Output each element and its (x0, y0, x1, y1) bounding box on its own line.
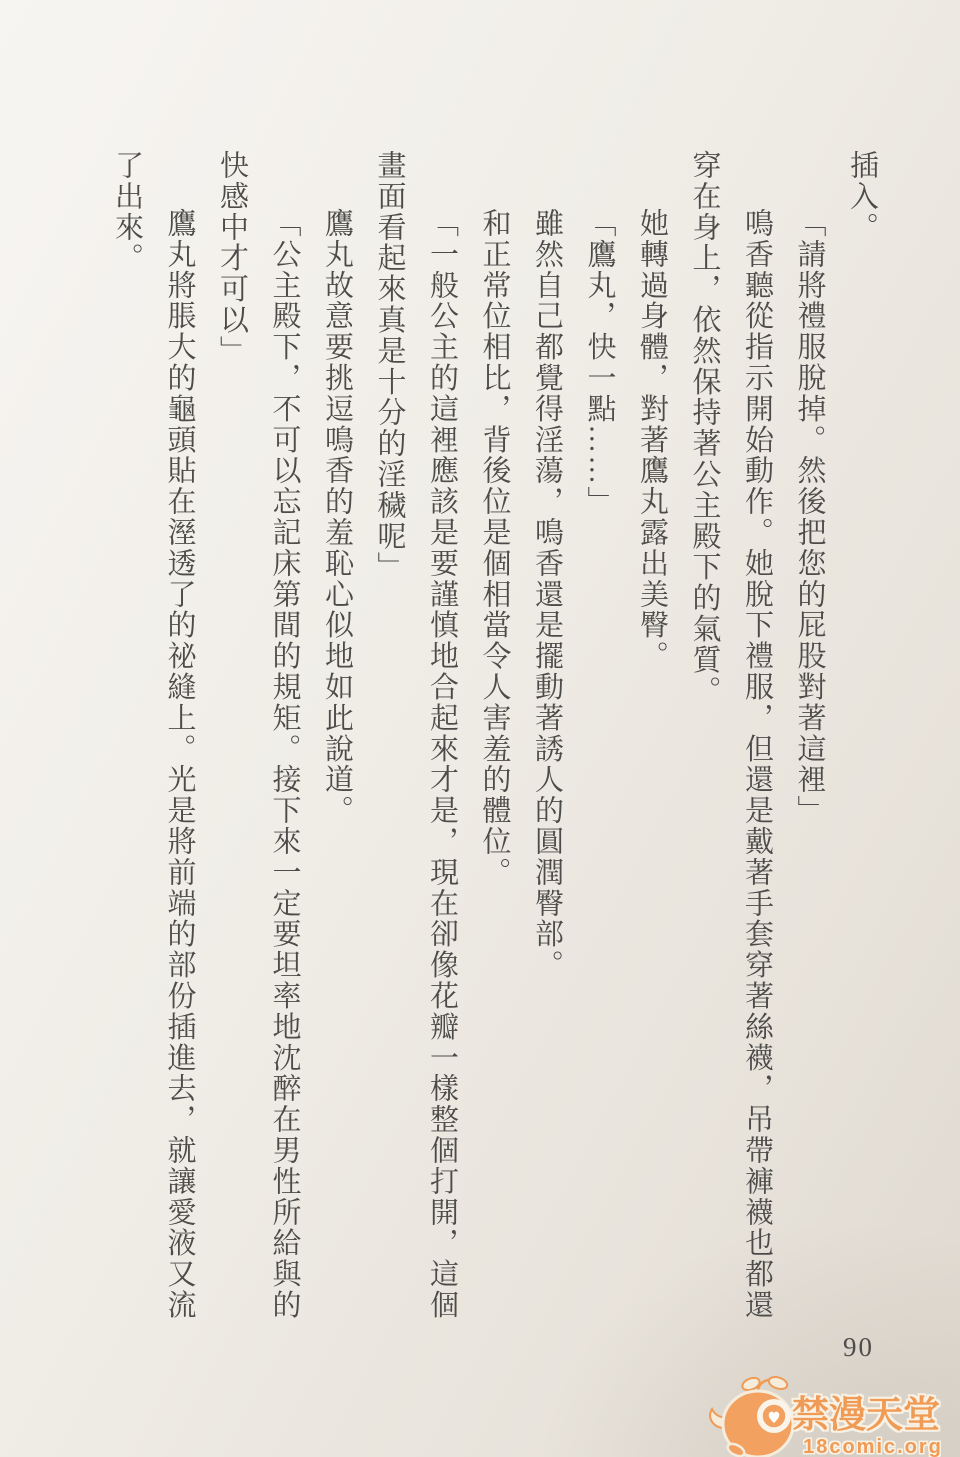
paragraph: 「一般公主的這裡應該是要謹慎地合起來才是，現在卻像花瓣一樣整個打開，這個畫面看起… (363, 150, 468, 1330)
paragraph: 「公主殿下，不可以忘記床第間的規矩。接下來一定要坦率地沈醉在男性所給與的快感中才… (206, 150, 311, 1330)
paragraph: 雖然自己都覺得淫蕩，鳴香還是擺動著誘人的圓潤臀部。 (521, 150, 574, 1330)
paragraph: 和正常位相比，背後位是個相當令人害羞的體位。 (468, 150, 521, 1330)
paragraph: 鳴香聽從指示開始動作。她脫下禮服，但還是戴著手套穿著絲襪，吊帶褲襪也都還穿在身上… (678, 150, 783, 1330)
whale-mascot-icon (706, 1376, 800, 1457)
paragraph: 插入。 (836, 150, 889, 1330)
book-page: 插入。「請將禮服脫掉。然後把您的屁股對著這裡」鳴香聽從指示開始動作。她脫下禮服，… (0, 0, 960, 1457)
watermark-site-name: 禁漫天堂 (792, 1396, 954, 1435)
paragraph: 鷹丸故意要挑逗鳴香的羞恥心似地如此說道。 (311, 150, 364, 1330)
paragraph: 「鷹丸，快一點……」 (573, 150, 626, 1330)
paragraph: 她轉過身體，對著鷹丸露出美臀。 (626, 150, 679, 1330)
paragraph: 鷹丸將脹大的龜頭貼在溼透了的祕縫上。光是將前端的部份插進去，就讓愛液又流了出來。 (101, 150, 206, 1330)
watermark-text: 禁漫天堂 18comic.org (792, 1396, 954, 1457)
watermark: 禁漫天堂 18comic.org (706, 1376, 960, 1457)
page-text: 插入。「請將禮服脫掉。然後把您的屁股對著這裡」鳴香聽從指示開始動作。她脫下禮服，… (101, 150, 889, 1330)
paragraph: 「請將禮服脫掉。然後把您的屁股對著這裡」 (783, 150, 836, 1330)
page-number: 90 (843, 1332, 874, 1363)
watermark-site-url: 18comic.org (792, 1436, 954, 1457)
